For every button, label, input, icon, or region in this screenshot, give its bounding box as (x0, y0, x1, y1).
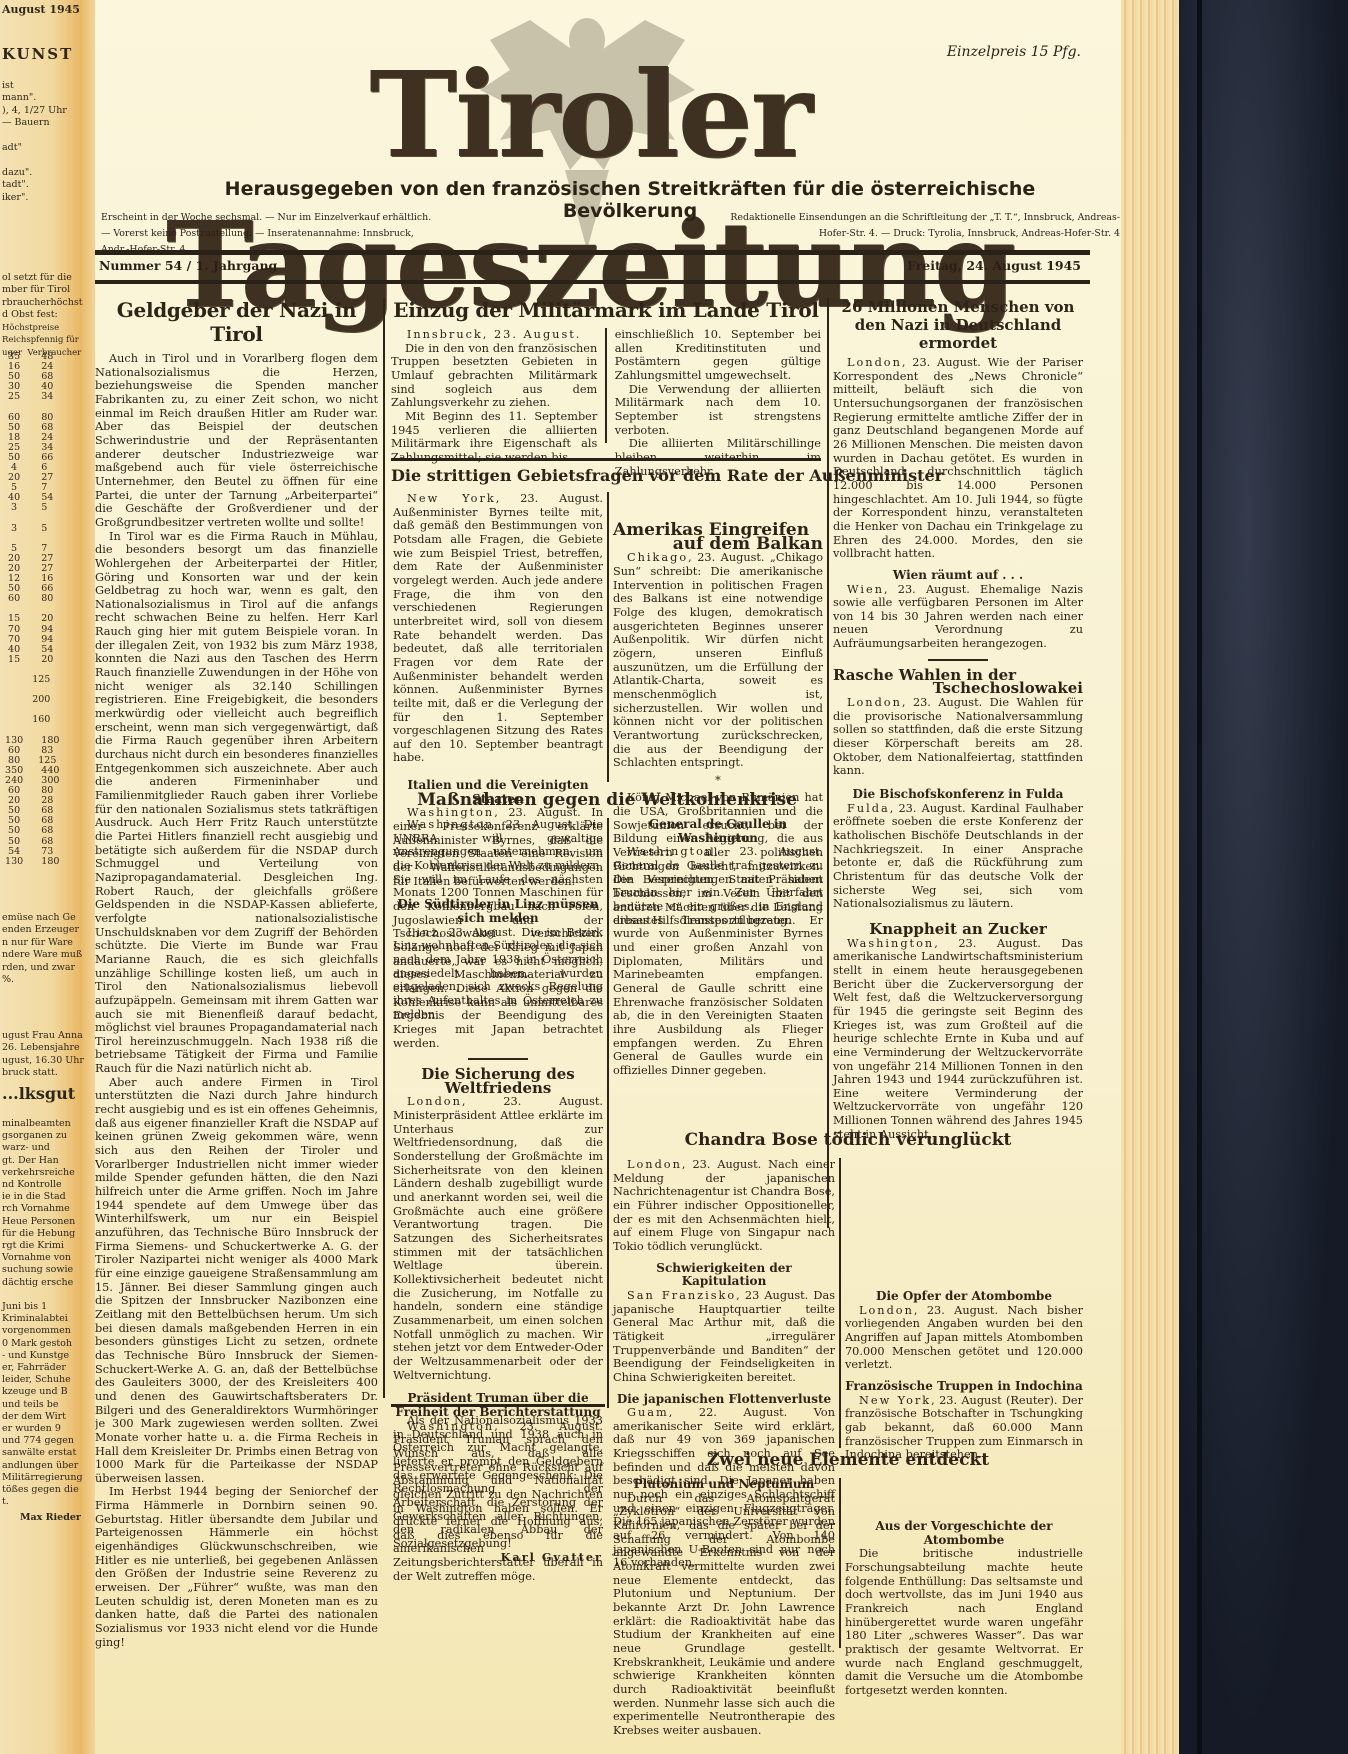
dateline: London (859, 1304, 914, 1317)
paragraph: Die Verwendung der alliierten Militärmar… (615, 383, 821, 438)
article-kommentar: Als der Nationalsozialismus 1933 in Deut… (393, 1414, 603, 1564)
dateline: London (407, 1095, 462, 1108)
dateline: Chikago (627, 551, 688, 564)
article-elemente: Zwei neue Elemente entdeckt (613, 1450, 1083, 1470)
issue-number: Nummer 54 / 1. Jahrgang (95, 258, 277, 273)
headline: Die Bischofskonferenz in Fulda (833, 788, 1083, 802)
dateline: Innsbruck, 23. August. (391, 328, 597, 342)
headline: Die strittigen Gebietsfragen vor dem Rat… (391, 466, 823, 485)
paragraph: Im Herbst 1944 beging der Seniorchef der… (95, 1485, 378, 1649)
column-divider (383, 298, 385, 1398)
header-rule (95, 280, 1090, 284)
headline: Knappheit an Zucker (833, 923, 1083, 937)
price-table-intro: ol setzt für die mber für Tirol rbrauche… (2, 272, 83, 322)
newspaper-page: Tiroler Tageszeitung Einzelpreis 15 Pfg.… (95, 0, 1121, 1754)
paragraph: Auch in Tirol und in Vorarlberg flogen d… (95, 352, 378, 530)
paragraph: einschließlich 10. September bei allen K… (615, 328, 821, 383)
paragraph: Als der Nationalsozialismus 1933 in Deut… (393, 1414, 603, 1551)
paragraph: Mit Beginn des 11. September 1945 verlie… (391, 410, 597, 465)
crime-report-fragment: minalbeamten gsorganen zu warz- und gt. … (2, 1118, 83, 1509)
article-militaermark: Einzug der Militärmark im Lande Tirol In… (391, 298, 821, 478)
death-notice: ugust Frau Anna 26. Lebensjahre ugust, 1… (2, 1030, 84, 1080)
dateline: Washington (627, 845, 714, 858)
text: 23 August. Das japanische Hauptquartier … (613, 1289, 835, 1384)
column-divider (839, 1158, 841, 1448)
headline: Französische Truppen in Indochina (845, 1380, 1083, 1394)
headline: 26 Millionen Menschen von den Nazi in De… (833, 298, 1083, 352)
column-divider (607, 818, 609, 1408)
article-vorgeschichte: Aus der Vorgeschichte der Atombombe Die … (845, 1520, 1083, 1698)
headline: Tschechoslowakei (833, 682, 1083, 696)
headline: Chandra Bose tödlich verunglückt (613, 1130, 1083, 1150)
column-divider (607, 492, 609, 782)
article-elemente-body: Plutonium und Neptunium Durch das Atomsp… (613, 1478, 835, 1737)
text: 23. August. Das amerikanische Landwirtsc… (833, 937, 1083, 1141)
dateline: Guam (627, 1406, 669, 1419)
article-atom-indochina: Die Opfer der Atombombe London, 23. Augu… (845, 1290, 1083, 1462)
article-gebietsfragen: Die strittigen Gebietsfragen vor dem Rat… (391, 466, 823, 485)
headline: Einzug der Militärmark im Lande Tirol (391, 298, 821, 322)
paragraph: Aber auch andere Firmen in Tirol unterst… (95, 1076, 378, 1486)
column-divider (839, 1478, 841, 1648)
text: 23. August. Außenminister Byrnes teilte … (393, 492, 603, 764)
headline: Die Sicherung des Weltfriedens (393, 1068, 603, 1095)
previous-page-edge: August 1945 KUNST ist mann". ), 4, 1/27 … (0, 0, 95, 1754)
text: 23. August. Kardinal Faulhaber eröffnete… (833, 802, 1083, 911)
dateline: Washington (407, 818, 494, 831)
article-kohle: Maßnahmen gegen die Weltkohlenkrise (391, 790, 823, 810)
headline: Geldgeber der Nazi in Tirol (95, 298, 378, 346)
page-fore-edge (1121, 0, 1179, 1754)
article-bose: Chandra Bose tödlich verunglückt (613, 1130, 1083, 1150)
dateline: Wien (847, 583, 884, 596)
text: 23. August. „Chikago Sun“ schreibt: Die … (613, 551, 823, 769)
text: 23. August. Ministerpräsident Attlee erk… (393, 1095, 603, 1381)
headline: Maßnahmen gegen die Weltkohlenkrise (391, 790, 823, 810)
text: 23. August. Wie der Pariser Korresponden… (833, 356, 1083, 560)
dateline: London (847, 696, 902, 709)
masthead-rule (95, 250, 1090, 255)
previous-page-section-2: ...lksgut (2, 1088, 75, 1100)
column-divider (827, 298, 829, 1228)
paragraph: Durch das Atomspaltgerät „Zyklotron“ der… (613, 1492, 835, 1738)
right-column: 26 Millionen Menschen von den Nazi in De… (833, 298, 1083, 1141)
headline: Die Opfer der Atombombe (845, 1290, 1083, 1304)
dateline: London (627, 1158, 682, 1171)
price-table: 35 48 16 24 50 68 30 40 25 34 60 80 50 6… (2, 352, 59, 867)
headline: Wien räumt auf . . . (833, 569, 1083, 583)
dateline: New York (407, 492, 496, 505)
text: 23. August. General de Gaulle traf geste… (613, 845, 823, 1077)
article-geldgeber: Geldgeber der Nazi in Tirol Auch in Tiro… (95, 298, 378, 1649)
paragraph: Die in den von den französischen Truppen… (391, 342, 597, 410)
crime-report-signature: Max Rieder (20, 1512, 81, 1524)
dateline: San Franzisko (627, 1289, 736, 1302)
previous-page-date: August 1945 (2, 4, 80, 16)
book-binding (1179, 0, 1348, 1754)
headline: Die japanischen Flottenverluste (613, 1393, 835, 1407)
text: 23. August. Nach einer Meldung der japan… (613, 1158, 835, 1253)
headline: Zwei neue Elemente entdeckt (613, 1450, 1083, 1470)
article-degaulle: General de Gaulle in Washington Washingt… (613, 818, 823, 1077)
dateline: New York (859, 1394, 931, 1407)
headline: Schwierigkeiten der Kapitulation (613, 1262, 835, 1289)
text: 23. August. Die UNRRA will gewaltige Ans… (393, 818, 603, 1050)
single-copy-price: Einzelpreis 15 Pfg. (947, 44, 1081, 60)
editorial-info: Redaktionelle Einsendungen an die Schrif… (700, 210, 1120, 242)
subheadline: Plutonium und Neptunium (613, 1478, 835, 1492)
price-table-notes: emüse nach Ge enden Erzeuger n nur für W… (2, 912, 82, 986)
issue-date: Freitag, 24. August 1945 (907, 258, 1081, 273)
author-signature: Karl Gvatter (393, 1551, 603, 1565)
paragraph: In Tirol war es die Firma Rauch in Mühla… (95, 530, 378, 1076)
previous-page-fragments: ist mann". ), 4, 1/27 Uhr — Bauern adt" … (2, 80, 67, 204)
headline: General de Gaulle in Washington (613, 818, 823, 845)
headline: Aus der Vorgeschichte der Atombombe (845, 1520, 1083, 1547)
dateline: London (847, 356, 902, 369)
dateline: Washington (847, 937, 934, 950)
previous-page-section: KUNST (2, 48, 73, 60)
section-rule (391, 1404, 605, 1407)
separator: * (613, 774, 823, 788)
paragraph: Die britische industrielle Forschungsabt… (845, 1547, 1083, 1697)
article-body: Auch in Tirol und in Vorarlberg flogen d… (95, 352, 378, 1649)
dateline: Fulda (847, 802, 890, 815)
section-rule (391, 458, 821, 461)
